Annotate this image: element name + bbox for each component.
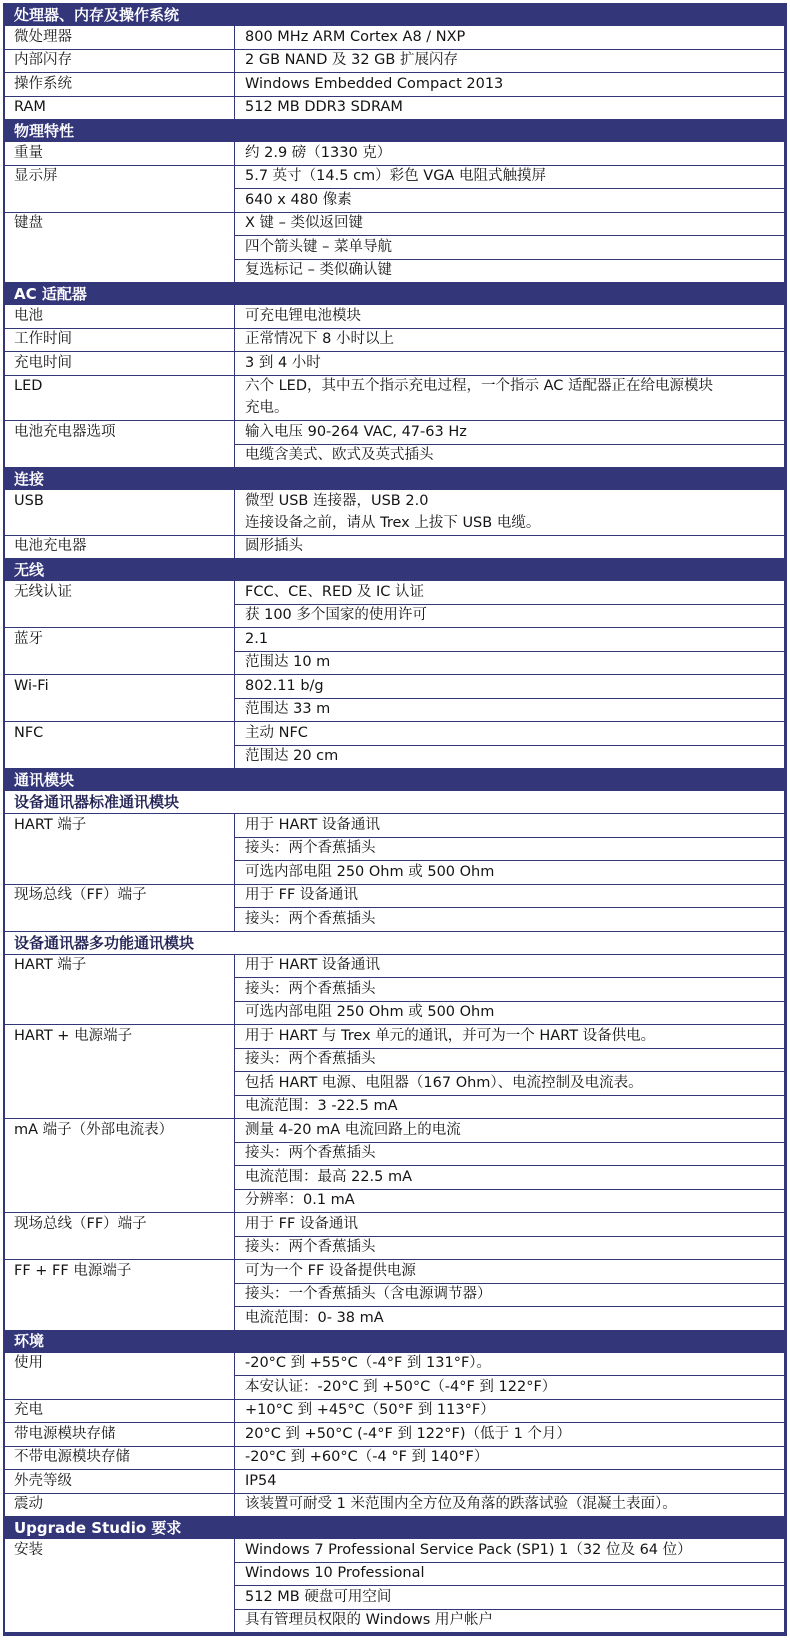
- spec-table: 处理器、内存及操作系统 微处理器 800 MHz ARM Cortex A8 /…: [3, 3, 787, 1636]
- spec-value: 5.7 英寸（14.5 cm）彩色 VGA 电阻式触摸屏: [235, 166, 784, 189]
- spec-value: 圆形插头: [235, 536, 784, 559]
- table-row: RAM 512 MB DDR3 SDRAM: [5, 96, 784, 120]
- spec-label: 电池充电器: [5, 536, 235, 559]
- spec-label: 震动: [5, 1494, 235, 1517]
- section-subheader: 设备通讯器多功能通讯模块: [5, 931, 784, 955]
- spec-label: USB: [5, 490, 235, 535]
- spec-label: RAM: [5, 97, 235, 120]
- spec-label: 操作系统: [5, 73, 235, 96]
- spec-label: 带电源模块存储: [5, 1423, 235, 1446]
- spec-value: 用于 FF 设备通讯: [235, 1213, 784, 1236]
- table-row: 电池充电器选项 输入电压 90-264 VAC, 47-63 Hz 电缆含美式、…: [5, 420, 784, 467]
- spec-value: 接头：两个香蕉插头: [235, 1142, 784, 1166]
- spec-value: 用于 HART 设备通讯: [235, 814, 784, 837]
- table-row: 震动 该装置可耐受 1 米范围内全方位及角落的跌落试验（混凝土表面）。: [5, 1493, 784, 1517]
- spec-value: 电流范围：最高 22.5 mA: [235, 1165, 784, 1189]
- spec-value: 包括 HART 电源、电阻器（167 Ohm）、电流控制及电流表。: [235, 1071, 784, 1095]
- table-row: HART + 电源端子 用于 HART 与 Trex 单元的通讯，并可为一个 H…: [5, 1024, 784, 1118]
- table-row: 不带电源模块存储 -20°C 到 +60°C（-4 °F 到 140°F）: [5, 1446, 784, 1470]
- table-row: 重量 约 2.9 磅（1330 克）: [5, 142, 784, 165]
- section-header-bar: Upgrade Studio 要求: [5, 1516, 784, 1539]
- table-row: 无线认证 FCC、CE、RED 及 IC 认证 获 100 多个国家的使用许可: [5, 581, 784, 627]
- spec-value: 512 MB DDR3 SDRAM: [235, 97, 784, 120]
- spec-label: 使用: [5, 1353, 235, 1399]
- spec-value: 六个 LED，其中五个指示充电过程，一个指示 AC 适配器正在给电源模块: [235, 376, 784, 399]
- spec-value: FCC、CE、RED 及 IC 认证: [235, 581, 784, 604]
- section-header-bar: 物理特性: [5, 119, 784, 142]
- spec-label: mA 端子（外部电流表）: [5, 1119, 235, 1212]
- spec-label: 现场总线（FF）端子: [5, 885, 235, 931]
- spec-value: 充电。: [235, 398, 784, 420]
- spec-value: 用于 FF 设备通讯: [235, 885, 784, 908]
- spec-value: 范围达 20 cm: [235, 745, 784, 769]
- spec-value: 该装置可耐受 1 米范围内全方位及角落的跌落试验（混凝土表面）。: [235, 1494, 784, 1517]
- table-row: 现场总线（FF）端子 用于 FF 设备通讯 接头：两个香蕉插头: [5, 1212, 784, 1259]
- spec-value: +10°C 到 +45°C（50°F 到 113°F）: [235, 1400, 784, 1423]
- spec-label: LED: [5, 376, 235, 421]
- spec-value: 接头：一个香蕉插头（含电源调节器）: [235, 1283, 784, 1307]
- table-row: HART 端子 用于 HART 设备通讯 接头：两个香蕉插头 可选内部电阻 25…: [5, 955, 784, 1025]
- spec-label: 蓝牙: [5, 628, 235, 674]
- table-row: 蓝牙 2.1 范围达 10 m: [5, 627, 784, 674]
- spec-value: 用于 HART 设备通讯: [235, 955, 784, 978]
- spec-label: 电池充电器选项: [5, 421, 235, 467]
- table-row: 外壳等级 IP54: [5, 1469, 784, 1493]
- table-row: Wi-Fi 802.11 b/g 范围达 33 m: [5, 674, 784, 721]
- table-row: 使用 -20°C 到 +55°C（-4°F 到 131°F）。 本安认证：-20…: [5, 1353, 784, 1399]
- table-row: FF + FF 电源端子 可为一个 FF 设备提供电源 接头：一个香蕉插头（含电…: [5, 1259, 784, 1330]
- spec-value: 可选内部电阻 250 Ohm 或 500 Ohm: [235, 860, 784, 884]
- spec-value: 范围达 33 m: [235, 698, 784, 722]
- spec-value: 本安认证：-20°C 到 +50°C（-4°F 到 122°F）: [235, 1375, 784, 1399]
- spec-value: 约 2.9 磅（1330 克）: [235, 142, 784, 165]
- spec-value: 用于 HART 与 Trex 单元的通讯，并可为一个 HART 设备供电。: [235, 1025, 784, 1048]
- spec-value: 接头：两个香蕉插头: [235, 1236, 784, 1260]
- spec-value: 电流范围：0- 38 mA: [235, 1306, 784, 1330]
- spec-label: HART 端子: [5, 955, 235, 1025]
- section-header-bar: 处理器、内存及操作系统: [5, 3, 784, 26]
- section-header-bar: 通讯模块: [5, 768, 784, 791]
- spec-value: 主动 NFC: [235, 722, 784, 745]
- spec-value: 微型 USB 连接器，USB 2.0: [235, 490, 784, 513]
- spec-value: Windows Embedded Compact 2013: [235, 73, 784, 96]
- table-row: 现场总线（FF）端子 用于 FF 设备通讯 接头：两个香蕉插头: [5, 884, 784, 931]
- spec-label: 外壳等级: [5, 1470, 235, 1493]
- table-row: 带电源模块存储 20°C 到 +50°C (-4°F 到 122°F)（低于 1…: [5, 1422, 784, 1446]
- spec-value: 电流范围：3 -22.5 mA: [235, 1095, 784, 1119]
- spec-label: 工作时间: [5, 329, 235, 352]
- spec-value: 具有管理员权限的 Windows 用户帐户: [235, 1609, 784, 1633]
- spec-value: 800 MHz ARM Cortex A8 / NXP: [235, 26, 784, 49]
- spec-value: IP54: [235, 1470, 784, 1493]
- table-row: mA 端子（外部电流表） 测量 4-20 mA 电流回路上的电流 接头：两个香蕉…: [5, 1118, 784, 1212]
- spec-value: 可为一个 FF 设备提供电源: [235, 1260, 784, 1283]
- section-header-bar: 连接: [5, 467, 784, 490]
- spec-value: Windows 10 Professional: [235, 1562, 784, 1586]
- table-row: NFC 主动 NFC 范围达 20 cm: [5, 721, 784, 768]
- spec-value: 复选标记 – 类似确认键: [235, 259, 784, 283]
- spec-label: 显示屏: [5, 166, 235, 212]
- table-row: 操作系统 Windows Embedded Compact 2013: [5, 72, 784, 96]
- spec-value: 连接设备之前，请从 Trex 上拔下 USB 电缆。: [235, 513, 784, 535]
- spec-value: 分辨率：0.1 mA: [235, 1189, 784, 1213]
- spec-label: 充电时间: [5, 352, 235, 375]
- spec-value: 20°C 到 +50°C (-4°F 到 122°F)（低于 1 个月）: [235, 1423, 784, 1446]
- spec-value: 接头：两个香蕉插头: [235, 977, 784, 1001]
- spec-value: 可选内部电阻 250 Ohm 或 500 Ohm: [235, 1001, 784, 1025]
- table-row: USB 微型 USB 连接器，USB 2.0 连接设备之前，请从 Trex 上拔…: [5, 490, 784, 535]
- spec-value: 接头：两个香蕉插头: [235, 907, 784, 931]
- spec-value: 电缆含美式、欧式及英式插头: [235, 444, 784, 468]
- spec-value: 512 MB 硬盘可用空间: [235, 1585, 784, 1609]
- spec-value: 四个箭头键 – 菜单导航: [235, 235, 784, 259]
- spec-value: 3 到 4 小时: [235, 352, 784, 375]
- spec-label: 无线认证: [5, 581, 235, 627]
- spec-label: NFC: [5, 722, 235, 768]
- spec-value: 范围达 10 m: [235, 651, 784, 675]
- table-row: 显示屏 5.7 英寸（14.5 cm）彩色 VGA 电阻式触摸屏 640 x 4…: [5, 165, 784, 212]
- spec-value: Windows 7 Professional Service Pack (SP1…: [235, 1539, 784, 1562]
- spec-value: 正常情况下 8 小时以上: [235, 329, 784, 352]
- table-row: LED 六个 LED，其中五个指示充电过程，一个指示 AC 适配器正在给电源模块…: [5, 375, 784, 421]
- spec-value: 2.1: [235, 628, 784, 651]
- spec-label: 现场总线（FF）端子: [5, 1213, 235, 1259]
- table-row: 充电 +10°C 到 +45°C（50°F 到 113°F）: [5, 1399, 784, 1423]
- spec-label: FF + FF 电源端子: [5, 1260, 235, 1330]
- spec-value: 输入电压 90-264 VAC, 47-63 Hz: [235, 421, 784, 444]
- spec-value: -20°C 到 +55°C（-4°F 到 131°F）。: [235, 1353, 784, 1376]
- table-row: 微处理器 800 MHz ARM Cortex A8 / NXP: [5, 26, 784, 49]
- spec-value: 802.11 b/g: [235, 675, 784, 698]
- spec-label: 充电: [5, 1400, 235, 1423]
- table-row: 键盘 X 键 – 类似返回键 四个箭头键 – 菜单导航 复选标记 – 类似确认键: [5, 212, 784, 283]
- spec-label: 微处理器: [5, 26, 235, 49]
- table-row: 安装 Windows 7 Professional Service Pack (…: [5, 1539, 784, 1632]
- spec-page: 处理器、内存及操作系统 微处理器 800 MHz ARM Cortex A8 /…: [0, 0, 790, 1642]
- table-row: 充电时间 3 到 4 小时: [5, 351, 784, 375]
- table-row: HART 端子 用于 HART 设备通讯 接头：两个香蕉插头 可选内部电阻 25…: [5, 814, 784, 884]
- spec-value: 2 GB NAND 及 32 GB 扩展闪存: [235, 50, 784, 73]
- table-row: 电池 可充电锂电池模块: [5, 305, 784, 328]
- spec-label: HART 端子: [5, 814, 235, 884]
- spec-label: 重量: [5, 142, 235, 165]
- spec-label: 键盘: [5, 213, 235, 283]
- spec-value: 接头：两个香蕉插头: [235, 837, 784, 861]
- table-row: 工作时间 正常情况下 8 小时以上: [5, 328, 784, 352]
- section-header-bar: 无线: [5, 558, 784, 581]
- spec-value: 640 x 480 像素: [235, 188, 784, 212]
- spec-label: Wi-Fi: [5, 675, 235, 721]
- spec-value: 可充电锂电池模块: [235, 305, 784, 328]
- spec-label: 电池: [5, 305, 235, 328]
- spec-label: 安装: [5, 1539, 235, 1632]
- table-row: 电池充电器 圆形插头: [5, 535, 784, 559]
- spec-label: 内部闪存: [5, 50, 235, 73]
- section-header-bar: 环境: [5, 1330, 784, 1353]
- section-subheader: 设备通讯器标准通讯模块: [5, 791, 784, 814]
- spec-value: 接头：两个香蕉插头: [235, 1048, 784, 1072]
- spec-label: HART + 电源端子: [5, 1025, 235, 1118]
- spec-value: -20°C 到 +60°C（-4 °F 到 140°F）: [235, 1447, 784, 1470]
- spec-value: 测量 4-20 mA 电流回路上的电流: [235, 1119, 784, 1142]
- spec-value: 获 100 多个国家的使用许可: [235, 604, 784, 628]
- spec-label: 不带电源模块存储: [5, 1447, 235, 1470]
- section-header-bar: AC 适配器: [5, 282, 784, 305]
- table-row: 内部闪存 2 GB NAND 及 32 GB 扩展闪存: [5, 49, 784, 73]
- spec-value: X 键 – 类似返回键: [235, 213, 784, 236]
